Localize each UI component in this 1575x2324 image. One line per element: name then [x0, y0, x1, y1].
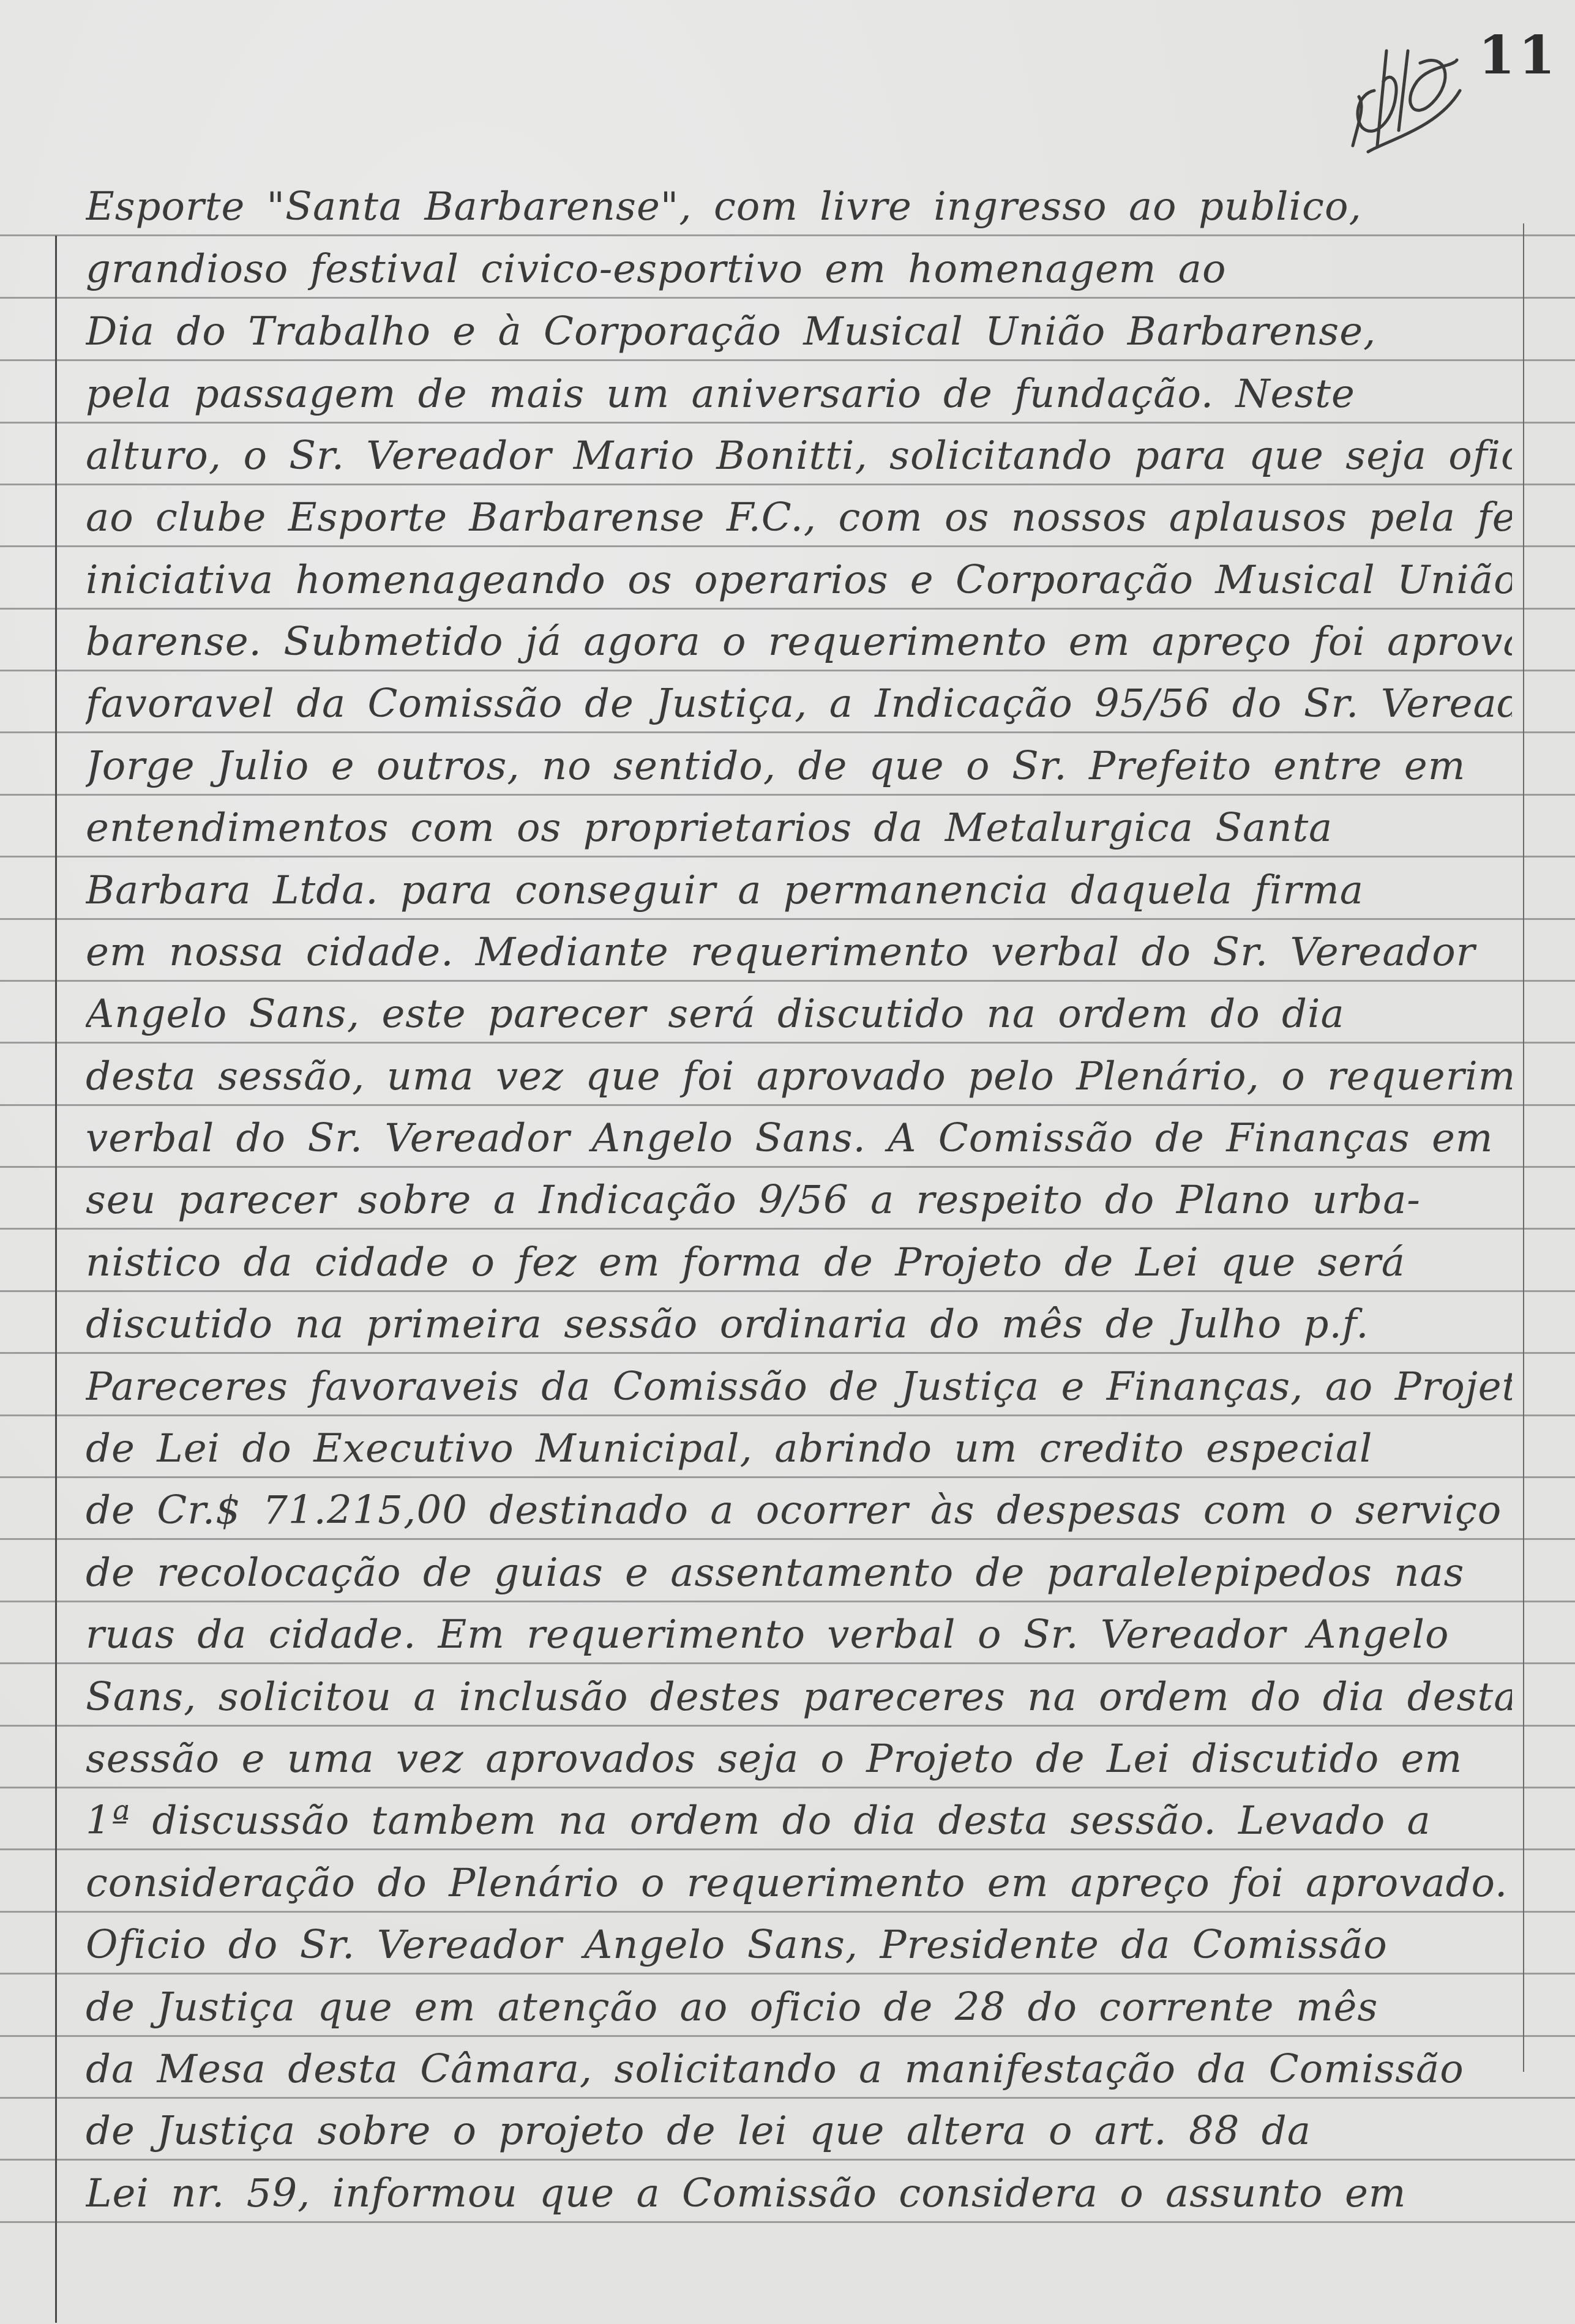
- left-margin-line: [55, 236, 57, 2323]
- text-line: consideração do Plenário o requerimento …: [86, 1854, 1512, 1915]
- text-line: pela passagem de mais um aniversario de …: [86, 365, 1512, 426]
- text-line: 1ª discussão tambem na ordem do dia dest…: [86, 1792, 1512, 1853]
- text-line: Jorge Julio e outros, no sentido, de que…: [86, 737, 1512, 798]
- text-line: barense. Submetido já agora o requerimen…: [86, 613, 1512, 674]
- text-line: da Mesa desta Câmara, solicitando a mani…: [86, 2040, 1512, 2101]
- text-line: de Justiça sobre o projeto de lei que al…: [86, 2102, 1512, 2163]
- text-line: grandioso festival civico-esportivo em h…: [86, 240, 1512, 301]
- text-line: Dia do Trabalho e à Corporação Musical U…: [86, 302, 1512, 364]
- text-line: Lei nr. 59, informou que a Comissão cons…: [86, 2164, 1512, 2225]
- text-line: Barbara Ltda. para conseguir a permanenc…: [86, 861, 1512, 922]
- text-line: discutido na primeira sessão ordinaria d…: [86, 1295, 1512, 1356]
- text-line: alturo, o Sr. Vereador Mario Bonitti, so…: [86, 427, 1512, 488]
- text-line: Esporte "Santa Barbarense", com livre in…: [86, 177, 1512, 239]
- text-line: de Cr.$ 71.215,00 destinado a ocorrer às…: [86, 1481, 1512, 1542]
- text-line: Angelo Sans, este parecer será discutido…: [86, 985, 1512, 1046]
- text-line: favoravel da Comissão de Justiça, a Indi…: [86, 674, 1512, 736]
- text-line: verbal do Sr. Vereador Angelo Sans. A Co…: [86, 1109, 1512, 1170]
- text-line: em nossa cidade. Mediante requerimento v…: [86, 923, 1512, 984]
- text-line: sessão e uma vez aprovados seja o Projet…: [86, 1730, 1512, 1791]
- right-margin-line: [1523, 223, 1524, 2072]
- signature-mark-icon: [1316, 23, 1475, 158]
- text-line: desta sessão, uma vez que foi aprovado p…: [86, 1047, 1512, 1108]
- text-line: Pareceres favoraveis da Comissão de Just…: [86, 1358, 1512, 1419]
- text-line: Oficio do Sr. Vereador Angelo Sans, Pres…: [86, 1916, 1512, 1977]
- text-line: ruas da cidade. Em requerimento verbal o…: [86, 1605, 1512, 1667]
- text-line: iniciativa homenageando os operarios e C…: [86, 551, 1512, 612]
- ledger-page: 11 Esporte "Santa Barbarense", com livre…: [0, 0, 1575, 2324]
- text-line: de Justiça que em atenção ao oficio de 2…: [86, 1978, 1512, 2039]
- text-line: seu parecer sobre a Indicação 9/56 a res…: [86, 1171, 1512, 1232]
- text-line: de recolocação de guias e assentamento d…: [86, 1544, 1512, 1605]
- page-number: 11: [1478, 24, 1559, 86]
- text-line: de Lei do Executivo Municipal, abrindo u…: [86, 1419, 1512, 1481]
- text-line: Sans, solicitou a inclusão destes parece…: [86, 1668, 1512, 1729]
- text-line: entendimentos com os proprietarios da Me…: [86, 799, 1512, 860]
- text-line: ao clube Esporte Barbarense F.C., com os…: [86, 488, 1512, 550]
- text-line: nistico da cidade o fez em forma de Proj…: [86, 1233, 1512, 1295]
